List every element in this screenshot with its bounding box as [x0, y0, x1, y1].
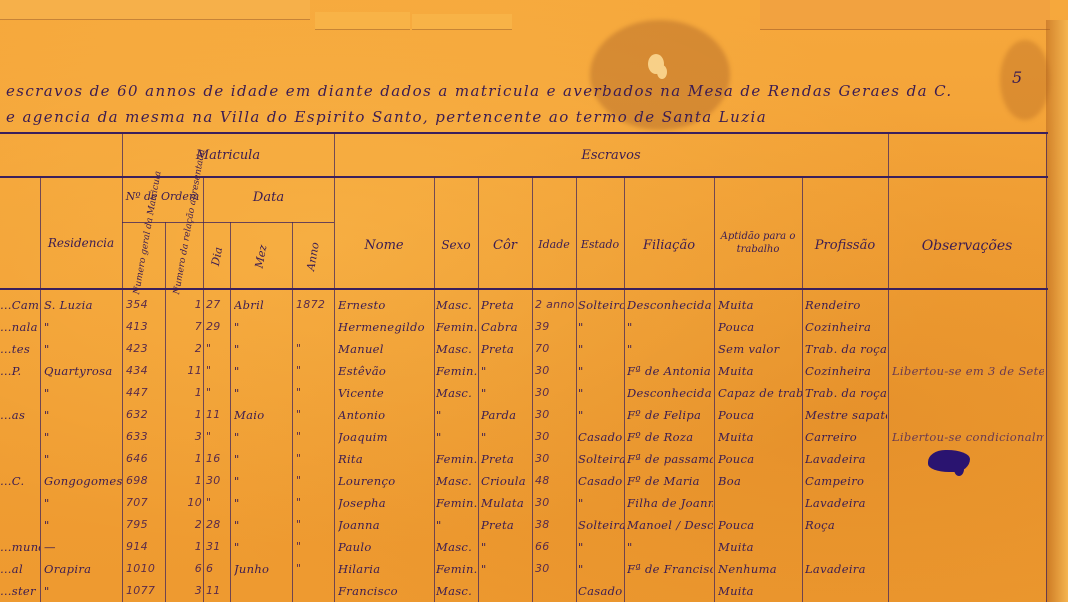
cell-num-geral: 434	[126, 364, 164, 377]
header-cor: Côr	[478, 238, 532, 253]
cell-aptidao: Nenhuma	[718, 562, 802, 576]
cell-sexo: Masc.	[436, 584, 478, 598]
cell-anno: "	[296, 364, 334, 377]
cell-filiacao: Fª de Antonia	[627, 364, 713, 378]
cell-residencia: S. Luzia	[44, 298, 122, 312]
cell-idade: 48	[535, 474, 575, 487]
title-line-2: e agencia da mesma na Villa do Espirito …	[6, 108, 767, 126]
torn-edge-3	[412, 14, 512, 30]
cell-mez: "	[234, 430, 290, 444]
cell-anno: "	[296, 452, 334, 465]
cell-dia: "	[206, 386, 230, 399]
cell-dia: "	[206, 364, 230, 377]
cell-mez: Junho	[234, 562, 290, 576]
cell-anno: "	[296, 430, 334, 443]
cell-residencia: "	[44, 386, 122, 400]
cell-cor: "	[481, 540, 531, 554]
torn-edge-4	[760, 0, 1050, 30]
header-num-geral: Numero geral da Matricula	[132, 215, 156, 296]
cell-aptidao: Pouca	[718, 320, 802, 334]
cell-sexo: "	[436, 430, 478, 444]
cell-cor: Parda	[481, 408, 531, 422]
cell-idade: 70	[535, 342, 575, 355]
page-number: 5	[1012, 68, 1022, 87]
cell-sexo: Femin.	[436, 320, 478, 334]
cell-estado: "	[578, 364, 624, 378]
cell-profissao: Campeiro	[805, 474, 887, 488]
cell-residencia: "	[44, 496, 122, 510]
cell-residencia: "	[44, 584, 122, 598]
cell-dia: "	[206, 430, 230, 443]
cell-aptidao: Sem valor	[718, 342, 802, 356]
cell-idade: 30	[535, 430, 575, 443]
cell-profissao: Cozinheira	[805, 364, 887, 378]
cell-num-relacao: 1	[168, 408, 202, 421]
cell-idade: 38	[535, 518, 575, 531]
cell-num-relacao: 1	[168, 540, 202, 553]
cell-num-geral: 698	[126, 474, 164, 487]
cell-profissao: Mestre sapateiro	[805, 408, 887, 422]
cell-nome: Francisco	[338, 584, 434, 598]
header-nome: Nome	[334, 238, 434, 253]
cell-estado: Solteiro	[578, 298, 624, 312]
ink-blot	[928, 450, 970, 472]
cell-anno: "	[296, 518, 334, 531]
cell-num-relacao: 3	[168, 430, 202, 443]
col-divider	[334, 132, 335, 602]
cell-aptidao: Pouca	[718, 408, 802, 422]
cell-aptidao: Muita	[718, 298, 802, 312]
cell-mez: Abril	[234, 298, 290, 312]
cell-num-geral: 354	[126, 298, 164, 311]
cell-dia: 29	[206, 320, 230, 333]
cell-num-relacao: 1	[168, 452, 202, 465]
cell-nome: Manuel	[338, 342, 434, 356]
cell-filiacao: Filha de Joanna	[627, 496, 713, 510]
cell-num-relacao: 1	[168, 474, 202, 487]
cell-residencia: "	[44, 430, 122, 444]
cell-aptidao: Muita	[718, 430, 802, 444]
cell-anno: "	[296, 408, 334, 421]
cell-cor: "	[481, 430, 531, 444]
cell-aptidao: Muita	[718, 584, 802, 598]
cell-dia: "	[206, 342, 230, 355]
col-divider	[292, 222, 293, 602]
torn-edge-1	[0, 0, 310, 20]
cell-nome: Rita	[338, 452, 434, 466]
cell-estado: "	[578, 320, 624, 334]
cell-num-geral: 914	[126, 540, 164, 553]
cell-anno: 1872	[296, 298, 334, 311]
cell-filiacao: Fº de Roza	[627, 430, 713, 444]
cell-mez: "	[234, 452, 290, 466]
header-data: Data	[203, 190, 334, 205]
cell-mez: Maio	[234, 408, 290, 422]
cell-num-relacao: 2	[168, 342, 202, 355]
rule-top	[0, 132, 1048, 134]
cell-nome: Estêvão	[338, 364, 434, 378]
cell-num-relacao: 3	[168, 584, 202, 597]
cell-obs: Libertou-se condicionalmente	[892, 430, 1044, 444]
header-sexo: Sexo	[434, 238, 478, 252]
cell-idade: 39	[535, 320, 575, 333]
cell-residencia: —	[44, 540, 122, 554]
cell-num-geral: 1010	[126, 562, 164, 575]
cell-dia: 27	[206, 298, 230, 311]
cell-estado: Solteira	[578, 452, 624, 466]
cell-mez: "	[234, 496, 290, 510]
cell-aptidao: Muita	[718, 364, 802, 378]
cell-idade: 30	[535, 408, 575, 421]
cell-dia: 11	[206, 408, 230, 421]
cell-owner: …P.	[0, 364, 40, 378]
cell-profissao: Lavadeira	[805, 496, 887, 510]
cell-estado: "	[578, 342, 624, 356]
cell-owner: …nala	[0, 320, 40, 334]
cell-dia: 31	[206, 540, 230, 553]
paper-hole	[648, 54, 664, 74]
cell-num-geral: 707	[126, 496, 164, 509]
cell-aptidao: Boa	[718, 474, 802, 488]
cell-profissao: Cozinheira	[805, 320, 887, 334]
cell-nome: Vicente	[338, 386, 434, 400]
cell-mez: "	[234, 320, 290, 334]
cell-cor: Cabra	[481, 320, 531, 334]
cell-filiacao: Fº de Maria	[627, 474, 713, 488]
cell-filiacao: Desconhecida	[627, 386, 713, 400]
title-line-1: escravos de 60 annos de idade em diante …	[6, 82, 953, 100]
cell-estado: "	[578, 496, 624, 510]
cell-dia: 6	[206, 562, 230, 575]
cell-dia: "	[206, 496, 230, 509]
header-aptidao: Aptidão para o trabalho	[714, 230, 802, 256]
cell-idade: 30	[535, 452, 575, 465]
page-edge	[1046, 20, 1068, 602]
cell-anno: "	[296, 562, 334, 575]
cell-cor: "	[481, 386, 531, 400]
cell-dia: 11	[206, 584, 230, 597]
cell-anno: "	[296, 342, 334, 355]
cell-idade: 30	[535, 386, 575, 399]
cell-num-geral: 646	[126, 452, 164, 465]
cell-residencia: "	[44, 408, 122, 422]
cell-estado: Casado	[578, 430, 624, 444]
torn-edge-2	[315, 12, 410, 30]
cell-profissao: Trab. da roça	[805, 342, 887, 356]
cell-anno: "	[296, 386, 334, 399]
cell-aptidao: Pouca	[718, 518, 802, 532]
cell-num-relacao: 7	[168, 320, 202, 333]
cell-mez: "	[234, 342, 290, 356]
cell-profissao: Roça	[805, 518, 887, 532]
cell-residencia: Quartyrosa	[44, 364, 122, 378]
cell-cor: "	[481, 364, 531, 378]
cell-num-relacao: 2	[168, 518, 202, 531]
cell-sexo: "	[436, 408, 478, 422]
cell-sexo: Masc.	[436, 298, 478, 312]
cell-nome: Antonio	[338, 408, 434, 422]
cell-filiacao: "	[627, 342, 713, 356]
cell-sexo: Femin.	[436, 496, 478, 510]
cell-aptidao: Capaz de trabalhar	[718, 386, 802, 400]
cell-num-geral: 1077	[126, 584, 164, 597]
header-observacoes: Observações	[888, 238, 1046, 254]
cell-cor: Preta	[481, 342, 531, 356]
cell-mez: "	[234, 386, 290, 400]
cell-nome: Joanna	[338, 518, 434, 532]
cell-cor: Mulata	[481, 496, 531, 510]
cell-residencia: Orapira	[44, 562, 122, 576]
cell-aptidao: Muita	[718, 540, 802, 554]
damage-stain	[1000, 40, 1050, 120]
cell-idade: 2 annos	[535, 298, 575, 311]
cell-sexo: Masc.	[436, 474, 478, 488]
cell-residencia: Gongogomes	[44, 474, 122, 488]
cell-cor: Preta	[481, 452, 531, 466]
cell-mez: "	[234, 540, 290, 554]
header-mez: Mez	[251, 236, 271, 278]
cell-sexo: Femin.	[436, 562, 478, 576]
cell-obs: Libertou-se em 3 de Setembro 1886	[892, 364, 1044, 378]
cell-nome: Hilaria	[338, 562, 434, 576]
cell-cor: Preta	[481, 298, 531, 312]
header-escravos: Escravos	[334, 148, 888, 163]
header-anno: Anno	[303, 236, 323, 278]
col-divider	[165, 222, 166, 602]
cell-mez: "	[234, 474, 290, 488]
cell-sexo: Masc.	[436, 342, 478, 356]
cell-sexo: Femin.	[436, 364, 478, 378]
cell-owner: …ster	[0, 584, 40, 598]
cell-residencia: "	[44, 320, 122, 334]
cell-idade: 30	[535, 562, 575, 575]
header-filiacao: Filiação	[624, 238, 714, 253]
cell-dia: 16	[206, 452, 230, 465]
cell-cor: Crioula	[481, 474, 531, 488]
col-divider	[888, 132, 889, 602]
col-divider	[230, 222, 231, 602]
cell-profissao: Rendeiro	[805, 298, 887, 312]
cell-sexo: Masc.	[436, 386, 478, 400]
cell-nome: Joaquim	[338, 430, 434, 444]
header-idade: Idade	[532, 238, 576, 251]
cell-residencia: "	[44, 518, 122, 532]
cell-owner: …as	[0, 408, 40, 422]
cell-cor: "	[481, 562, 531, 576]
cell-estado: Casado	[578, 474, 624, 488]
cell-aptidao: Pouca	[718, 452, 802, 466]
cell-residencia: "	[44, 452, 122, 466]
cell-filiacao: "	[627, 320, 713, 334]
cell-profissao: Trab. da roça	[805, 386, 887, 400]
cell-profissao: Carreiro	[805, 430, 887, 444]
cell-profissao: Lavadeira	[805, 562, 887, 576]
cell-sexo: Femin.	[436, 452, 478, 466]
header-estado: Estado	[576, 238, 624, 251]
cell-mez: "	[234, 364, 290, 378]
cell-num-geral: 413	[126, 320, 164, 333]
cell-nome: Lourenço	[338, 474, 434, 488]
cell-dia: 30	[206, 474, 230, 487]
cell-cor: Preta	[481, 518, 531, 532]
cell-filiacao: Desconhecida	[627, 298, 713, 312]
cell-estado: "	[578, 386, 624, 400]
cell-nome: Ernesto	[338, 298, 434, 312]
cell-mez: "	[234, 518, 290, 532]
ledger-page: escravos de 60 annos de idade em diante …	[0, 0, 1068, 602]
cell-profissao: Lavadeira	[805, 452, 887, 466]
cell-filiacao: Fª de Francisca	[627, 562, 713, 576]
cell-num-geral: 632	[126, 408, 164, 421]
cell-residencia: "	[44, 342, 122, 356]
cell-owner: …Camillo	[0, 298, 40, 312]
header-num-relacao: Numero da relação apresentada	[172, 215, 196, 296]
col-divider	[203, 176, 204, 602]
cell-idade: 30	[535, 496, 575, 509]
cell-anno: "	[296, 496, 334, 509]
cell-idade: 66	[535, 540, 575, 553]
cell-num-geral: 447	[126, 386, 164, 399]
cell-num-relacao: 10	[168, 496, 202, 509]
rule-header-bottom	[0, 288, 1048, 290]
cell-num-geral: 795	[126, 518, 164, 531]
cell-estado: "	[578, 562, 624, 576]
cell-num-relacao: 1	[168, 298, 202, 311]
cell-nome: Hermenegildo	[338, 320, 434, 334]
cell-owner: …mundo	[0, 540, 40, 554]
cell-owner: …tes	[0, 342, 40, 356]
cell-filiacao: Manoel / Desconhecida	[627, 518, 713, 532]
cell-anno: "	[296, 540, 334, 553]
header-profissao: Profissão	[802, 238, 888, 253]
header-residencia: Residencia	[40, 236, 122, 250]
cell-num-geral: 423	[126, 342, 164, 355]
cell-num-relacao: 11	[168, 364, 202, 377]
cell-owner: …al	[0, 562, 40, 576]
cell-nome: Josepha	[338, 496, 434, 510]
cell-nome: Paulo	[338, 540, 434, 554]
cell-dia: 28	[206, 518, 230, 531]
header-dia: Dia	[207, 236, 227, 278]
col-divider	[1046, 132, 1047, 602]
cell-num-relacao: 6	[168, 562, 202, 575]
cell-sexo: Masc.	[436, 540, 478, 554]
cell-num-relacao: 1	[168, 386, 202, 399]
header-matricula: Matricula	[122, 148, 334, 163]
cell-estado: Solteira	[578, 518, 624, 532]
cell-estado: "	[578, 540, 624, 554]
cell-sexo: "	[436, 518, 478, 532]
cell-estado: Casado	[578, 584, 624, 598]
cell-anno: "	[296, 474, 334, 487]
cell-filiacao: Fº de Felipa	[627, 408, 713, 422]
cell-idade: 30	[535, 364, 575, 377]
cell-num-geral: 633	[126, 430, 164, 443]
cell-owner: …C.	[0, 474, 40, 488]
cell-filiacao: Fª de passamacy	[627, 452, 713, 466]
cell-estado: "	[578, 408, 624, 422]
cell-filiacao: "	[627, 540, 713, 554]
